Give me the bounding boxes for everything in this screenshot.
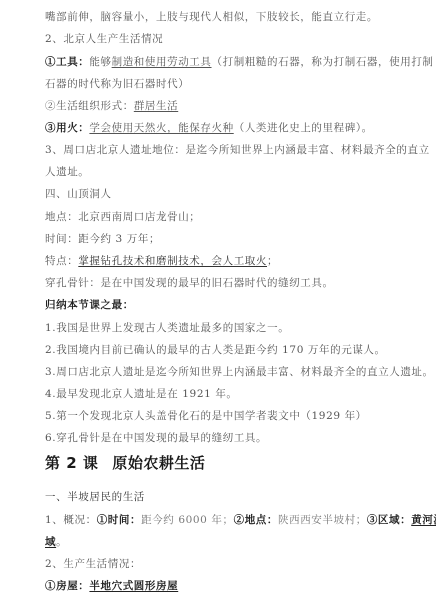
label: ②生活组织形式： [45,100,134,112]
text-line-overview: 1、概况：①时间：距今约 6000 年；②地点：陕西西安半坡村；③区域：黄河流 [45,513,436,527]
label-time: ①时间： [97,514,141,526]
summary-item: 6.穿孔骨针是在中国发现的最早的缝纫工具。 [45,431,267,445]
underlined-key-point: 群居生活 [134,100,178,112]
underlined-key-point: 学会使用天然火，能保存火种 [89,122,233,134]
summary-item: 2.我国境内目前已确认的最早的古人类是距今约 170 万年的元谋人。 [45,343,386,357]
underlined-key-point: 掌握钻孔技术和磨制技术，会人工取火 [78,255,267,267]
text: 。 [56,536,67,548]
underlined-key-point: 半地穴式圆形房屋 [89,580,178,592]
summary-item: 5.第一个发现北京人头盖骨化石的是中国学者裴文中（1929 年） [45,409,367,423]
text-line-features: 特点：掌握钻孔技术和磨制技术，会人工取火； [45,254,278,268]
text-line: 穿孔骨针：是在中国发现的最早的旧石器时代的缝纫工具。 [45,276,334,290]
text-line-tools: ①工具：能够制造和使用劳动工具（打制粗糙的石器，称为打制石器，使用打制 [45,55,434,69]
text-line: 石器的时代称为旧石器时代） [45,77,189,91]
document-page: 嘴部前伸，脑容量小，上肢与现代人相似，下肢较长，能直立行走。 2、北京人生产生活… [0,0,436,600]
text: 陕西西安半坡村； [278,514,367,526]
text: 距今约 6000 年； [141,514,234,526]
summary-item: 3.周口店北京人遗址是迄今所知世界上内涵最丰富、材料最齐全的直立人遗址。 [45,365,434,379]
lesson-number: 第 2 课 [45,454,98,472]
text-line: 3、周口店北京人遗址地位：是迄今所知世界上内涵最丰富、材料最齐全的直立 [45,143,430,157]
label-fire: ③用火： [45,122,89,134]
label-location: ②地点： [234,514,278,526]
text-line: 域。 [45,535,67,549]
label-tools: ①工具： [45,56,89,68]
label: 特点： [45,255,78,267]
text-line-fire: ③用火：学会使用天然火，能保存火种（人类进化史上的里程碑）。 [45,121,373,135]
text-line: 人遗址。 [45,165,89,179]
text-line-housing: ①房屋：半地穴式圆形房屋 [45,579,178,593]
section-heading-upper-cave-man: 四、山顶洞人 [45,187,112,201]
label-region: ③区域： [367,514,411,526]
text: （打制粗糙的石器，称为打制石器，使用打制 [212,56,434,68]
subheading-production-life: 2、生产生活情况： [45,557,141,571]
underlined-key-point: 域 [45,536,56,548]
text-line-time: 时间：距今约 3 万年； [45,232,160,246]
text-line: 嘴部前伸，脑容量小，上肢与现代人相似，下肢较长，能直立行走。 [45,10,378,24]
text-line-location: 地点：北京西南周口店龙骨山； [45,210,200,224]
text: ； [267,255,278,267]
text: 能够 [89,56,111,68]
label: 1、概况： [45,514,97,526]
text: （人类进化史上的里程碑）。 [234,122,373,134]
summary-heading: 归纳本节课之最： [45,298,134,312]
lesson-title: 原始农耕生活 [112,454,205,472]
text-line-organization: ②生活组织形式：群居生活 [45,99,178,113]
summary-item: 4.最早发现北京人遗址是在 1921 年。 [45,387,238,401]
underlined-key-point: 制造和使用劳动工具 [112,56,212,68]
lesson-heading: 第 2 课原始农耕生活 [45,452,205,473]
label-housing: ①房屋： [45,580,89,592]
summary-item: 1.我国是世界上发现古人类遗址最多的国家之一。 [45,321,289,335]
section-heading-banpo: 一、半坡居民的生活 [45,490,145,504]
subheading-beijing-man-life: 2、北京人生产生活情况 [45,32,163,46]
underlined-key-point: 黄河流 [411,514,436,526]
